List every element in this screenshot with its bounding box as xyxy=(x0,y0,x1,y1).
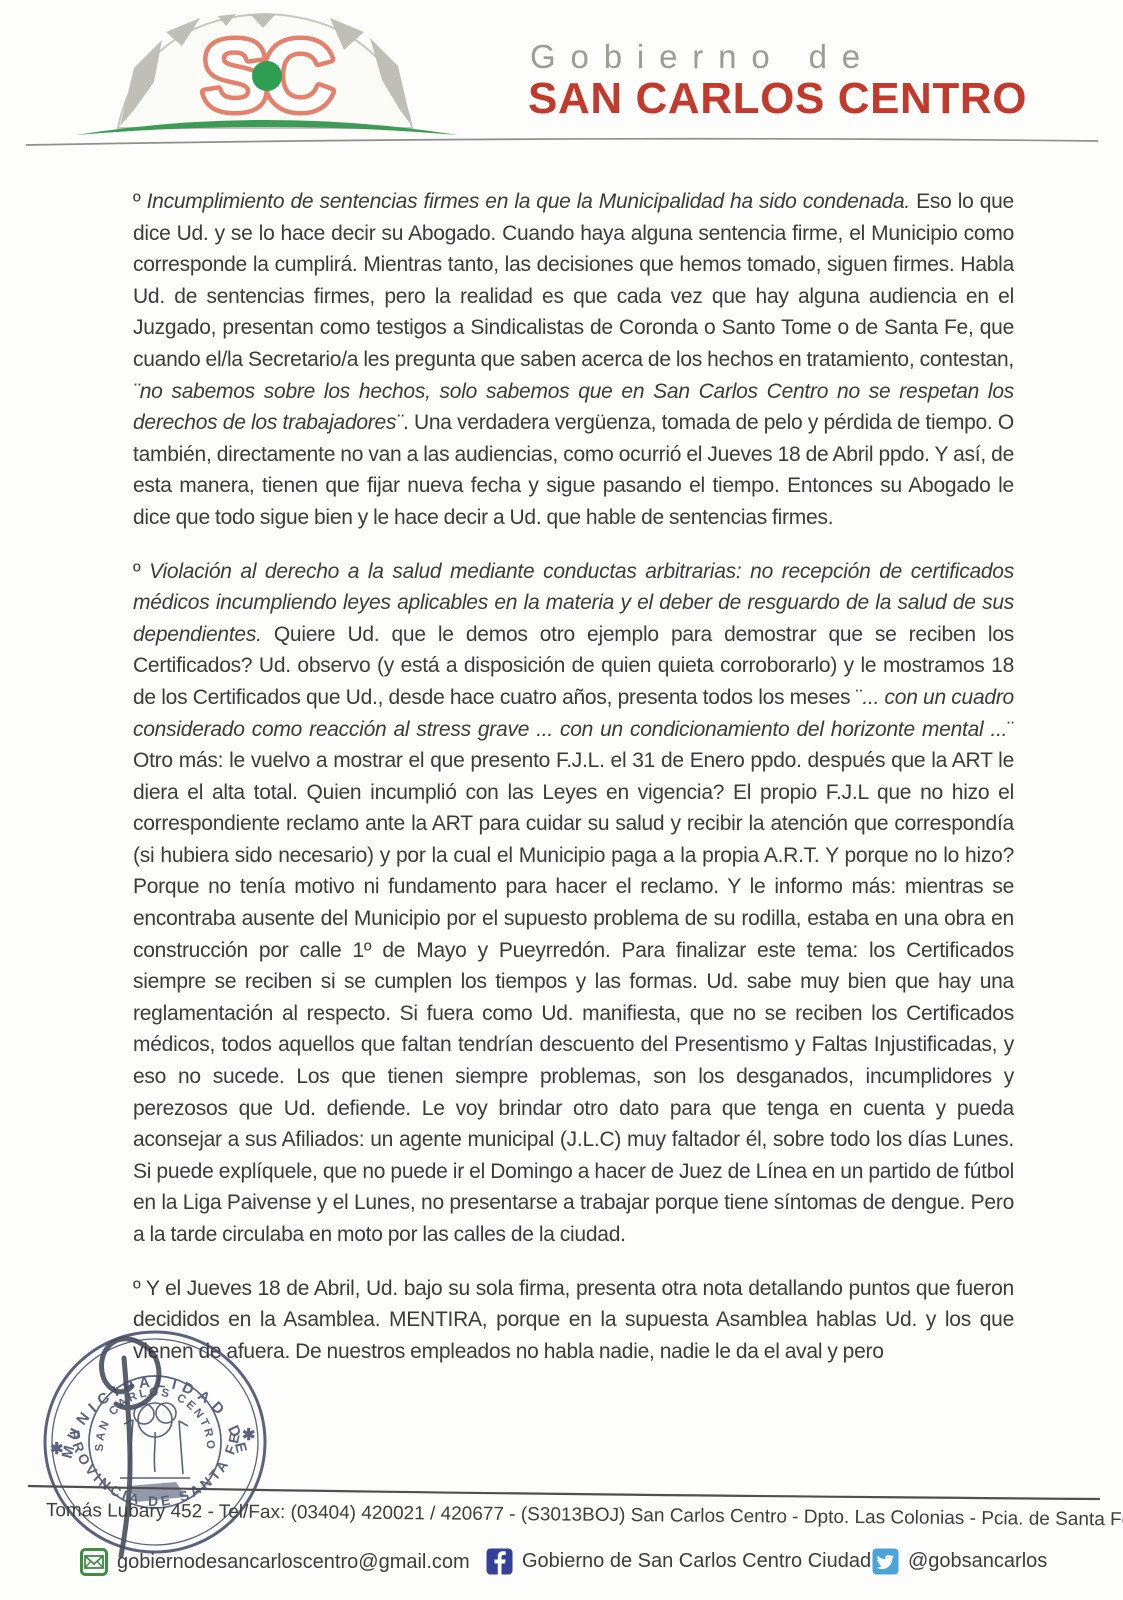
footer-twitter-item: @gobsancarlos xyxy=(872,1548,1047,1575)
footer-facebook-text: Gobierno de San Carlos Centro Ciudad xyxy=(522,1550,871,1573)
logo-green-dot xyxy=(252,61,282,91)
org-name-line1: Gobierno de xyxy=(530,38,875,76)
municipal-stamp: MUNICIPALIDAD DE SAN CARLOS CENTRO PROVI… xyxy=(36,1320,284,1572)
footer-email-text: gobiernodesancarloscentro@gmail.com xyxy=(117,1551,470,1574)
stamp-star-left: ✱ xyxy=(50,1441,63,1458)
scanned-letter-page: SC Gobierno de SAN CARLOS CENTRO º Incum… xyxy=(0,0,1123,1600)
paragraph-sentencias: º Incumplimiento de sentencias firmes en… xyxy=(133,186,1014,534)
paragraph-certificados: º Violación al derecho a la salud median… xyxy=(133,556,1014,1251)
municipality-logo: SC xyxy=(68,4,466,142)
footer-twitter-text: @gobsancarlos xyxy=(908,1550,1047,1573)
signature-scribble xyxy=(102,1339,159,1556)
email-icon xyxy=(80,1548,108,1576)
footer-facebook-item: Gobierno de San Carlos Centro Ciudad xyxy=(486,1548,871,1575)
twitter-icon xyxy=(872,1548,899,1575)
org-name-line2: SAN CARLOS CENTRO xyxy=(528,74,1027,124)
footer-email-item: gobiernodesancarloscentro@gmail.com xyxy=(80,1548,470,1576)
letter-body: º Incumplimiento de sentencias firmes en… xyxy=(133,186,1014,1389)
header-divider xyxy=(24,132,1100,150)
facebook-icon xyxy=(486,1548,513,1575)
stamp-star-right: ✱ xyxy=(242,1427,255,1444)
footer-divider xyxy=(26,1478,1102,1504)
